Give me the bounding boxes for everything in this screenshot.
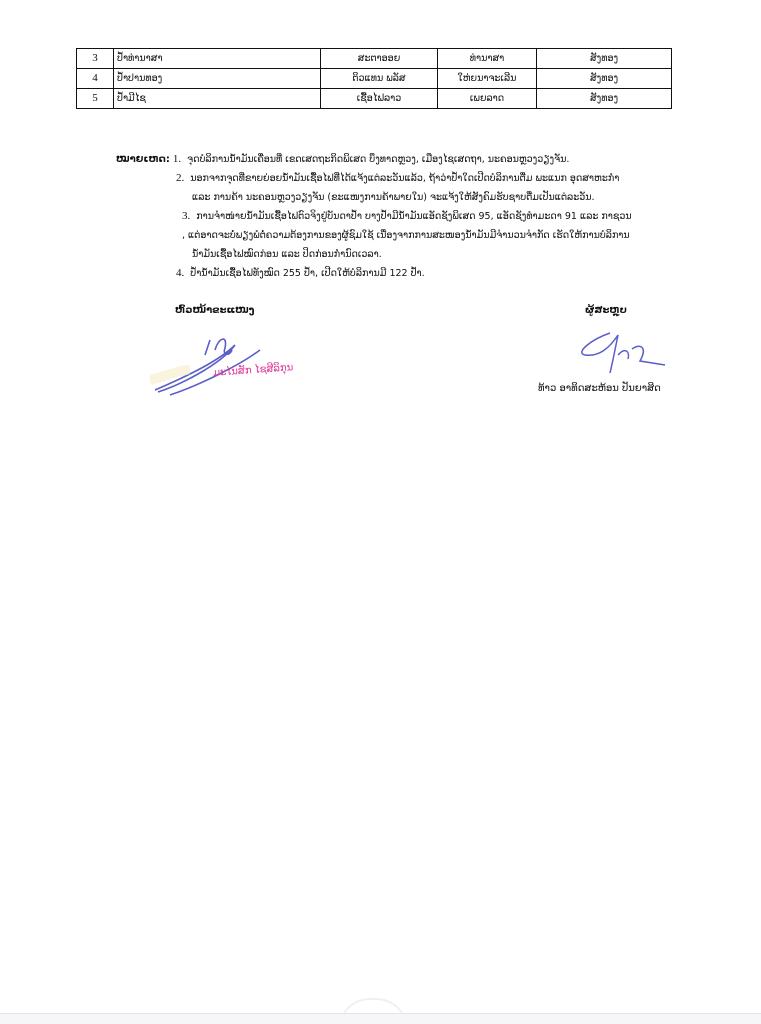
document-page: 3ປ້ຳທ່ານາສາສະຕາອອຍທ່ານາສາສັງທອງ4ປ້ຳປານທອ… bbox=[0, 0, 761, 1016]
note-3-cont: , ແຕ່ອາດຈະບໍ່ພຽງພໍຕໍ່ຄວາມຕ້ອງການຂອງຜູ້ຊົ… bbox=[116, 226, 706, 245]
table-row: 5ປ້ຳມີໄຊເຊື້ອໄຟລາວເພຍລາດສັງທອງ bbox=[77, 89, 672, 109]
notes-label: ໝາຍເຫດ: bbox=[116, 154, 170, 165]
note-3-cont2: ນ້ຳມັນເຊື້ອໄຟໝົດກ່ອນ ແລະ ປິດກ່ອນກຳນົດເວລ… bbox=[116, 245, 706, 264]
viewer-bottom-bar bbox=[0, 1013, 761, 1024]
note-2: 2.ນອກຈາກຈຸດທີ່ຂາຍຍ່ອຍນ້ຳມັນເຊື້ອໄຟທີ່ໄດ້… bbox=[116, 169, 706, 188]
station-name: ປ້ຳມີໄຊ bbox=[114, 89, 321, 109]
notes-section: ໝາຍເຫດ: 1.ຈຸດບໍລິການນ້ຳມັນເຄື່ອນທີ່ ເຂດເ… bbox=[116, 150, 706, 283]
station-owner: ຕິວແທນ ພລັສ bbox=[321, 69, 438, 89]
station-district: ສັງທອງ bbox=[537, 69, 672, 89]
station-name: ປ້ຳທ່ານາສາ bbox=[114, 49, 321, 69]
station-district: ສັງທອງ bbox=[537, 89, 672, 109]
station-village: ເພຍລາດ bbox=[438, 89, 537, 109]
table-row: 3ປ້ຳທ່ານາສາສະຕາອອຍທ່ານາສາສັງທອງ bbox=[77, 49, 672, 69]
signature-right-icon bbox=[570, 325, 690, 385]
signature-block-left: ຫົວໜ້າຂະແໜງ ມະໄນສັກ ໄຊສີລິກຸນ bbox=[175, 305, 325, 316]
station-village: ໃຫ່ຍນາຈະເລີນ bbox=[438, 69, 537, 89]
station-name: ປ້ຳປານທອງ bbox=[114, 69, 321, 89]
station-village: ທ່ານາສາ bbox=[438, 49, 537, 69]
station-district: ສັງທອງ bbox=[537, 49, 672, 69]
station-owner: ເຊື້ອໄຟລາວ bbox=[321, 89, 438, 109]
note-2-cont: ແລະ ການຄ້າ ນະຄອນຫຼວງວຽງຈັນ (ຂະແໜງການຄ້າພ… bbox=[116, 188, 706, 207]
signature-title-right: ຜູ້ສະຫຼຸບ bbox=[585, 305, 627, 316]
note-4: 4.ປ້ຳນ້ຳມັນເຊື້ອໄຟທັງໝົດ 255 ປ້ຳ, ເປີດໃຫ… bbox=[116, 264, 706, 283]
table-row: 4ປ້ຳປານທອງຕິວແທນ ພລັສໃຫ່ຍນາຈະເລີນສັງທອງ bbox=[77, 69, 672, 89]
signature-left-icon bbox=[150, 320, 300, 400]
signatory-name-right: ທ້າວ ອາທິດສະຫ້ອນ ປັນຍາສິດ bbox=[538, 383, 661, 394]
stations-table: 3ປ້ຳທ່ານາສາສະຕາອອຍທ່ານາສາສັງທອງ4ປ້ຳປານທອ… bbox=[76, 48, 672, 109]
note-3: 3.ການຈຳໜ່າຍນ້ຳມັນເຊື້ອໄຟຕົວຈິງຢູ່ບັນດາປ້… bbox=[116, 207, 706, 226]
row-number: 4 bbox=[77, 69, 114, 89]
row-number: 5 bbox=[77, 89, 114, 109]
signature-title-left: ຫົວໜ້າຂະແໜງ bbox=[175, 305, 325, 316]
station-owner: ສະຕາອອຍ bbox=[321, 49, 438, 69]
note-1: ໝາຍເຫດ: 1.ຈຸດບໍລິການນ້ຳມັນເຄື່ອນທີ່ ເຂດເ… bbox=[116, 150, 706, 169]
row-number: 3 bbox=[77, 49, 114, 69]
